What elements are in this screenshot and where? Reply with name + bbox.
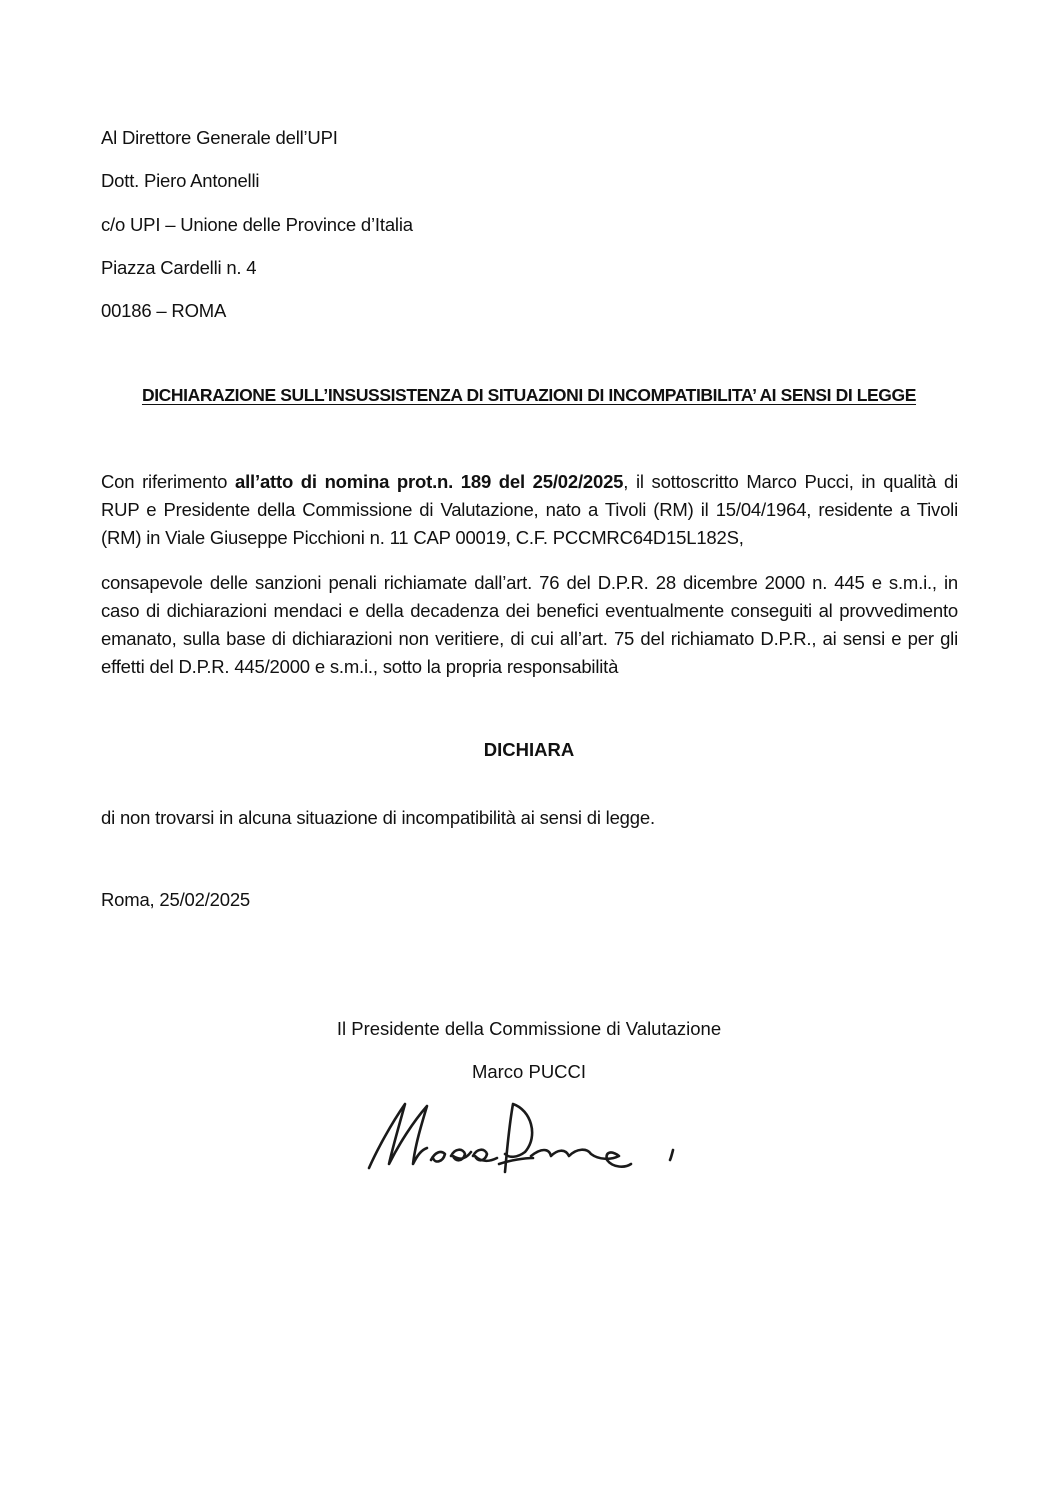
paragraph-reference-bold: all’atto di nomina prot.n. 189 del 25/02… <box>235 471 623 492</box>
document-page: Al Direttore Generale dell’UPI Dott. Pie… <box>0 0 1058 1497</box>
declaration-heading: DICHIARA <box>0 739 1058 761</box>
recipient-line-4: Piazza Cardelli n. 4 <box>101 257 256 279</box>
recipient-line-2: Dott. Piero Antonelli <box>101 170 259 192</box>
recipient-line-3: c/o UPI – Unione delle Province d’Italia <box>101 214 413 236</box>
signature-name: Marco PUCCI <box>329 1061 729 1083</box>
recipient-line-1: Al Direttore Generale dell’UPI <box>101 127 338 149</box>
place-date: Roma, 25/02/2025 <box>101 889 250 911</box>
recipient-line-5: 00186 – ROMA <box>101 300 226 322</box>
paragraph-reference: Con riferimento all’atto di nomina prot.… <box>101 468 958 552</box>
declaration-text: di non trovarsi in alcuna situazione di … <box>101 807 655 829</box>
paragraph-reference-prefix: Con riferimento <box>101 471 235 492</box>
handwritten-signature-icon <box>355 1090 695 1200</box>
signature-role: Il Presidente della Commissione di Valut… <box>329 1018 729 1040</box>
document-title: DICHIARAZIONE SULL’INSUSSISTENZA DI SITU… <box>100 385 958 406</box>
paragraph-awareness: consapevole delle sanzioni penali richia… <box>101 569 958 681</box>
